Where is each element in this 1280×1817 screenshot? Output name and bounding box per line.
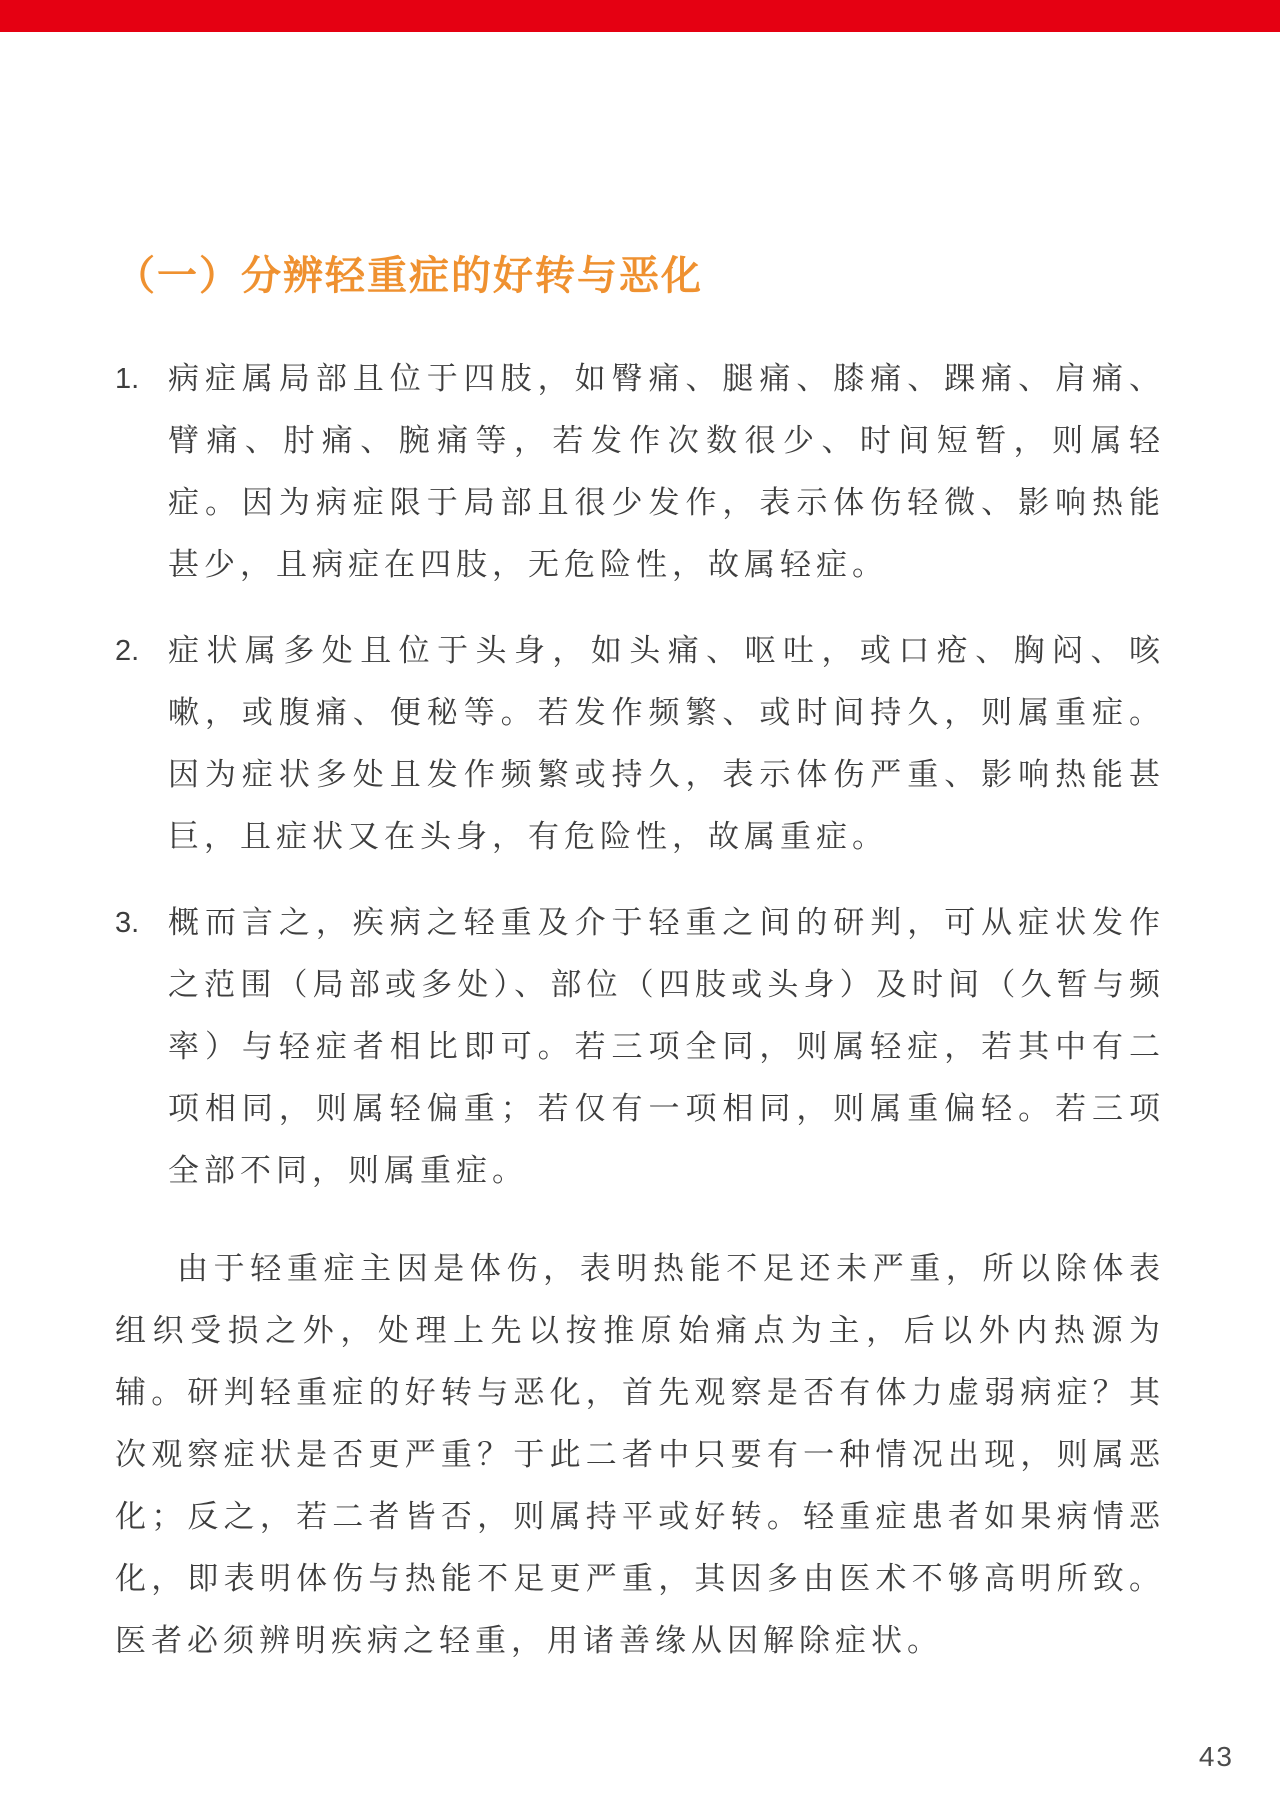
- document-page: （一）分辨轻重症的好转与恶化 1. 病症属局部且位于四肢，如臀痛、腿痛、膝痛、踝…: [0, 252, 1280, 1672]
- item-number: 1.: [115, 348, 168, 596]
- numbered-list: 1. 病症属局部且位于四肢，如臀痛、腿痛、膝痛、踝痛、肩痛、臂痛、肘痛、腕痛等，…: [115, 348, 1165, 1202]
- list-item: 1. 病症属局部且位于四肢，如臀痛、腿痛、膝痛、踝痛、肩痛、臂痛、肘痛、腕痛等，…: [115, 348, 1165, 596]
- item-text: 概而言之，疾病之轻重及介于轻重之间的研判，可从症状发作之范围（局部或多处）、部位…: [168, 892, 1165, 1202]
- item-number: 2.: [115, 620, 168, 868]
- section-heading: （一）分辨轻重症的好转与恶化: [115, 252, 1165, 300]
- item-number: 3.: [115, 892, 168, 1202]
- item-text: 病症属局部且位于四肢，如臀痛、腿痛、膝痛、踝痛、肩痛、臂痛、肘痛、腕痛等，若发作…: [168, 348, 1165, 596]
- closing-paragraph: 由于轻重症主因是体伤，表明热能不足还未严重，所以除体表组织受损之外，处理上先以按…: [115, 1238, 1165, 1672]
- page-number: 43: [1199, 1741, 1234, 1773]
- top-red-bar: [0, 0, 1280, 32]
- item-text: 症状属多处且位于头身，如头痛、呕吐，或口疮、胸闷、咳嗽，或腹痛、便秘等。若发作频…: [168, 620, 1165, 868]
- list-item: 3. 概而言之，疾病之轻重及介于轻重之间的研判，可从症状发作之范围（局部或多处）…: [115, 892, 1165, 1202]
- list-item: 2. 症状属多处且位于头身，如头痛、呕吐，或口疮、胸闷、咳嗽，或腹痛、便秘等。若…: [115, 620, 1165, 868]
